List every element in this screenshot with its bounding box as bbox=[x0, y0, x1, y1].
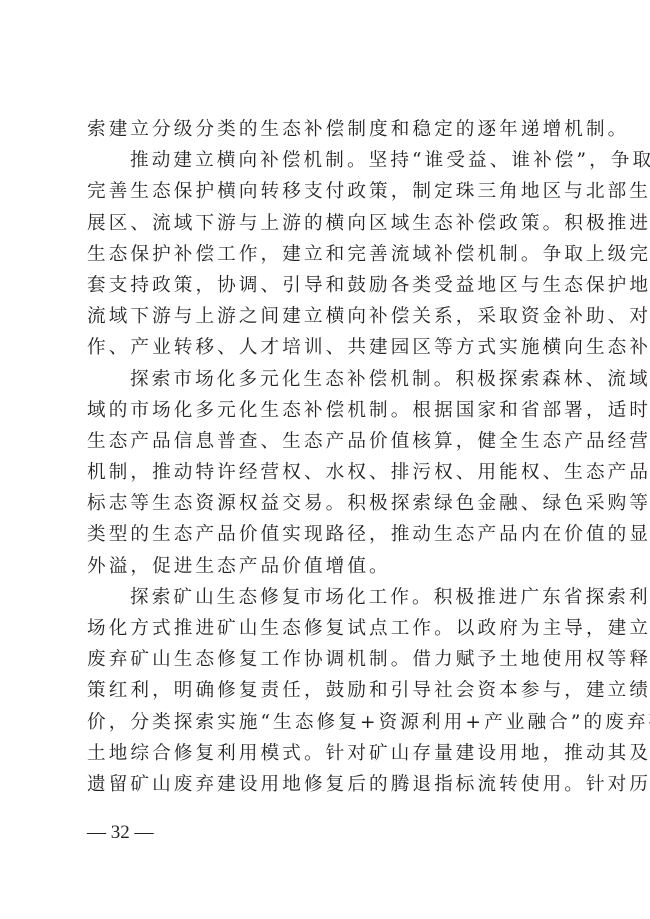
document-body: 索建立分级分类的生态补偿制度和稳定的逐年递增机制。 推动建立横向补偿机制。坚持“… bbox=[87, 114, 567, 800]
text-line: 标志等生态资源权益交易。积极探索绿色金融、绿色采购等其他 bbox=[87, 488, 567, 519]
text-line: 探索矿山生态修复市场化工作。积极推进广东省探索利用市 bbox=[87, 582, 567, 613]
text-line: 完善生态保护横向转移支付政策，制定珠三角地区与北部生态发 bbox=[87, 176, 567, 207]
text-line: 生态产品信息普查、生态产品价值核算，健全生态产品经营开发 bbox=[87, 426, 567, 457]
text-line: 套支持政策，协调、引导和鼓励各类受益地区与生态保护地区、 bbox=[87, 270, 567, 301]
text-line: 机制，推动特许经营权、水权、排污权、用能权、生态产品服务 bbox=[87, 457, 567, 488]
text-line: 索建立分级分类的生态补偿制度和稳定的逐年递增机制。 bbox=[87, 114, 567, 145]
paragraph-mine-restoration: 探索矿山生态修复市场化工作。积极推进广东省探索利用市 场化方式推进矿山生态修复试… bbox=[87, 582, 567, 800]
text-line: 土地综合修复利用模式。针对矿山存量建设用地，推动其及历史 bbox=[87, 738, 567, 769]
page-number: — 32 — bbox=[87, 822, 154, 844]
text-line: 场化方式推进矿山生态修复试点工作。以政府为主导，建立健全 bbox=[87, 613, 567, 644]
text-line: 推动建立横向补偿机制。坚持“谁受益、谁补偿”，争取省 bbox=[87, 145, 567, 176]
text-line: 生态保护补偿工作，建立和完善流域补偿机制。争取上级完善配 bbox=[87, 239, 567, 270]
text-line: 价，分类探索实施“生态修复+资源利用+产业融合”的废弃矿山 bbox=[87, 707, 567, 738]
paragraph-horizontal-compensation: 推动建立横向补偿机制。坚持“谁受益、谁补偿”，争取省 完善生态保护横向转移支付政… bbox=[87, 145, 567, 363]
text-line: 类型的生态产品价值实现路径，推动生态产品内在价值的显化和 bbox=[87, 519, 567, 550]
text-line: 废弃矿山生态修复工作协调机制。借力赋予土地使用权等释放政 bbox=[87, 644, 567, 675]
text-line: 作、产业转移、人才培训、共建园区等方式实施横向生态补偿。 bbox=[87, 332, 567, 363]
text-line: 外溢，促进生态产品价值增值。 bbox=[87, 551, 567, 582]
paragraph-continuation: 索建立分级分类的生态补偿制度和稳定的逐年递增机制。 bbox=[87, 114, 567, 145]
paragraph-market-compensation: 探索市场化多元化生态补偿机制。积极探索森林、流域等领 域的市场化多元化生态补偿机… bbox=[87, 364, 567, 582]
text-line: 域的市场化多元化生态补偿机制。根据国家和省部署，适时开展 bbox=[87, 395, 567, 426]
text-line: 流域下游与上游之间建立横向补偿关系，采取资金补助、对口协 bbox=[87, 301, 567, 332]
text-line: 探索市场化多元化生态补偿机制。积极探索森林、流域等领 bbox=[87, 364, 567, 395]
text-line: 展区、流域下游与上游的横向区域生态补偿政策。积极推进流域 bbox=[87, 208, 567, 239]
text-line: 遗留矿山废弃建设用地修复后的腾退指标流转使用。针对历史遗 bbox=[87, 769, 567, 800]
text-line: 策红利，明确修复责任，鼓励和引导社会资本参与，建立绩效评 bbox=[87, 675, 567, 706]
